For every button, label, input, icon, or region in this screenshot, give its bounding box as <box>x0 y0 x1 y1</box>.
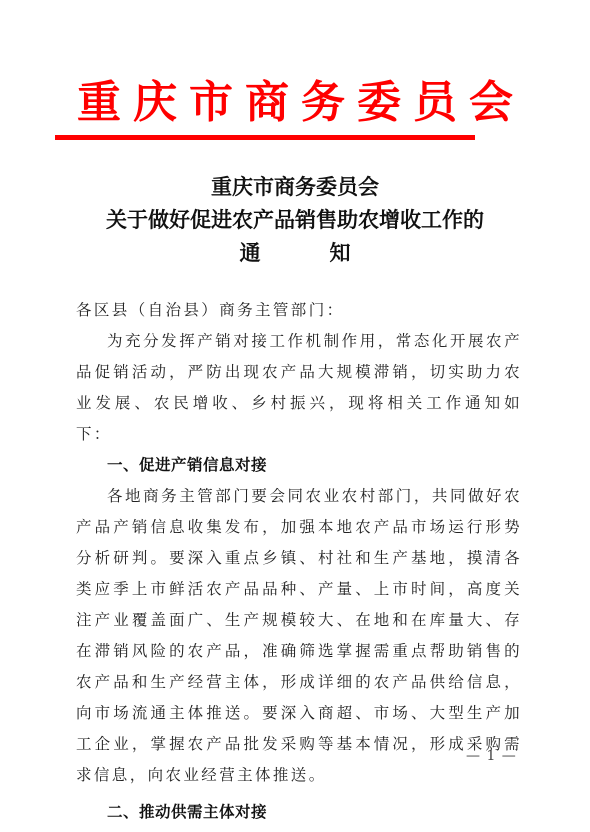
page-number: — 1 — <box>466 748 517 764</box>
section-paragraph-1: 各地商务主管部门要会同农业农村部门，共同做好农产品产销信息收集发布，加强本地农产… <box>76 481 522 791</box>
salutation: 各区县（自治县）商务主管部门： <box>76 295 522 326</box>
masthead-org-name: 重庆市商务委员会 <box>0 78 590 128</box>
masthead-red-rule <box>55 135 475 140</box>
document-body: 各区县（自治县）商务主管部门： 为充分发挥产销对接工作机制作用，常态化开展农产品… <box>76 295 522 828</box>
section-heading-2: 二、推动供需主体对接 <box>76 797 522 828</box>
section-heading-1: 一、促进产销信息对接 <box>76 450 522 481</box>
title-line-subject: 关于做好促进农产品销售助农增收工作的 <box>0 203 590 236</box>
title-line-notice: 通 知 <box>0 236 590 269</box>
document-title: 重庆市商务委员会 关于做好促进农产品销售助农增收工作的 通 知 <box>0 170 590 269</box>
document-page: 重庆市商务委员会 重庆市商务委员会 关于做好促进农产品销售助农增收工作的 通 知… <box>0 0 590 832</box>
intro-paragraph: 为充分发挥产销对接工作机制作用，常态化开展农产品促销活动，严防出现农产品大规模滞… <box>76 326 522 450</box>
title-line-issuer: 重庆市商务委员会 <box>0 170 590 203</box>
